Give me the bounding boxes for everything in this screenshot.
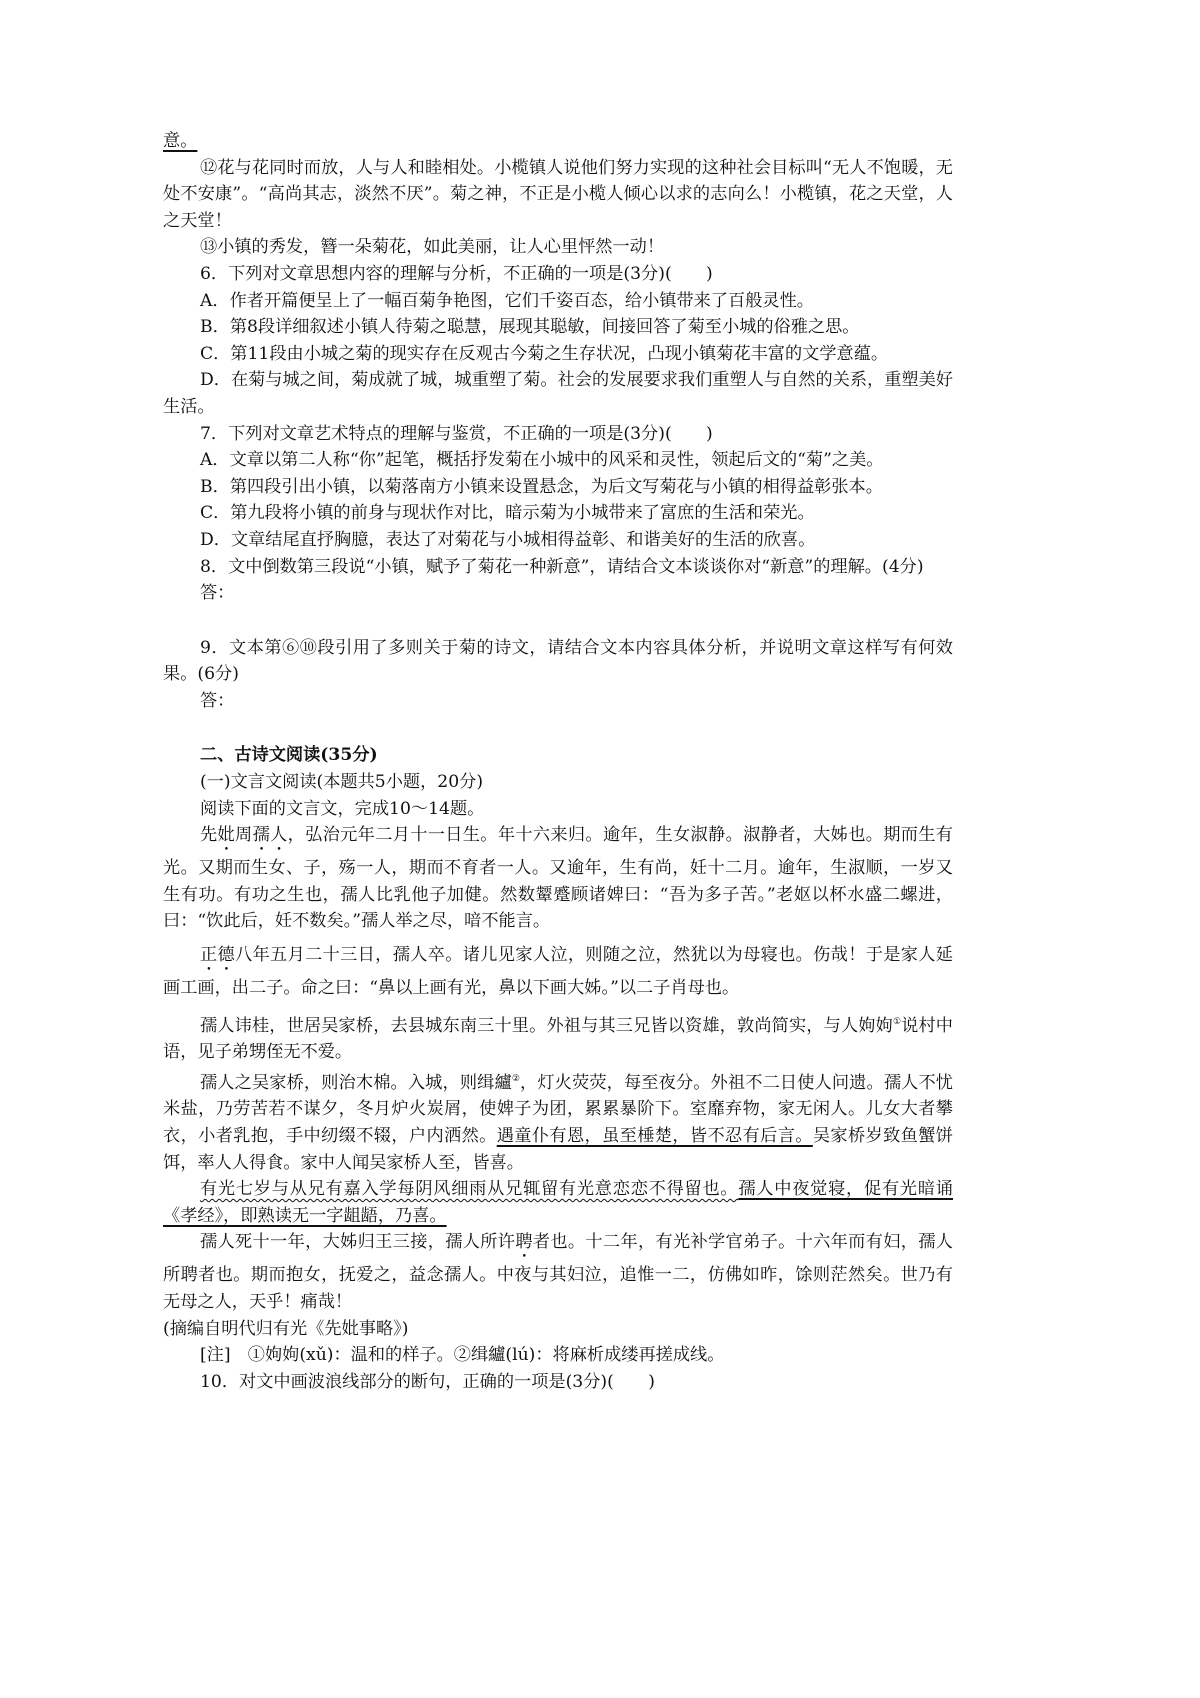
text: 孺人讳桂，世居吴家桥，去县城东南三十里。外祖与其三兄皆以资雄，敦尚简实，与人姁姁 [200, 1016, 893, 1036]
question-6-option-d: D．在菊与城之间，菊成就了城，城重塑了菊。社会的发展要求我们重塑人与自然的关系，… [163, 367, 953, 420]
exam-page: 意。 ⑫花与花同时而放，人与人和睦相处。小榄镇人说他们努力实现的这种社会目标叫“… [163, 128, 953, 1395]
question-7-option-b: B．第四段引出小镇，以菊落南方小镇来设置悬念，为后文写菊花与小镇的相得益彰张本。 [163, 474, 953, 501]
question-8-answer-label: 答： [163, 580, 953, 607]
question-6-stem: 6．下列对文章思想内容的理解与分析，不正确的一项是(3分)( ) [163, 261, 953, 288]
footnote-marker: ② [512, 1074, 520, 1084]
answer-space [163, 607, 953, 635]
question-9-answer-label: 答： [163, 688, 953, 715]
text: 孺人死十一年，大姊归王三接，孺人所许 [200, 1232, 515, 1252]
dotted-text: 正德 [200, 945, 235, 965]
underlined-sentence: 遇童仆有恩，虽至棰楚，皆不忍有后言。 [497, 1126, 813, 1146]
section-title: 二、古诗文阅读(35分) [163, 742, 953, 769]
section-subtitle: (一)文言文阅读(本题共5小题，20分) [163, 769, 953, 796]
classical-paragraph-3: 孺人讳桂，世居吴家桥，去县城东南三十里。外祖与其三兄皆以资雄，敦尚简实，与人姁姁… [163, 1009, 953, 1066]
classical-paragraph-2: 正德八年五月二十三日，孺人卒。诸儿见家人泣，则随之泣，然犹以为母寝也。伤哉！于是… [163, 942, 953, 1002]
text: 先 [200, 825, 218, 845]
passage-tail-line: 意。 [163, 128, 197, 155]
answer-space [163, 714, 953, 742]
classical-paragraph-5: 有光七岁与从兄有嘉入学每阴风细雨从兄辄留有光意恋恋不得留也。孺人中夜觉寝，促有光… [163, 1176, 953, 1229]
question-6-option-a: A．作者开篇便呈上了一幅百菊争艳图，它们千姿百态，给小镇带来了百般灵性。 [163, 288, 953, 315]
footnote-marker: ① [893, 1017, 901, 1027]
question-7-option-d: D．文章结尾直抒胸臆，表达了对菊花与小城相得益彰、和谐美好的生活的欣喜。 [163, 527, 953, 554]
annotation-note: [注] ①姁姁(xǔ)：温和的样子。②缉纑(lú)：将麻析成缕再搓成线。 [163, 1342, 953, 1369]
wavy-underlined-sentence: 有光七岁与从兄有嘉入学每阴风细雨从兄辄留有光意恋恋不得留也。 [200, 1179, 738, 1199]
dotted-text: 妣 [218, 825, 236, 845]
question-9-stem: 9．文本第⑥⑩段引用了多则关于菊的诗文，请结合文本内容具体分析，并说明文章这样写… [163, 635, 953, 688]
source-citation: (摘编自明代归有光《先妣事略》) [163, 1316, 953, 1343]
question-7-option-a: A．文章以第二人称“你”起笔，概括抒发菊在小城中的风采和灵性，领起后文的“菊”之… [163, 447, 953, 474]
classical-paragraph-4: 孺人之吴家桥，则治木棉。入城，则缉纑②，灯火荧荧，每至夜分。外祖不二日使人问遗。… [163, 1066, 953, 1176]
question-7-stem: 7．下列对文章艺术特点的理解与鉴赏，不正确的一项是(3分)( ) [163, 421, 953, 448]
dotted-text: 孺人 [253, 825, 288, 845]
text: 孺人之吴家桥，则治木棉。入城，则缉纑 [200, 1073, 512, 1093]
text: 八年五月二十三日，孺人卒。诸儿见家人泣，则随之泣，然犹以为母寝也。伤哉！于是家人… [163, 945, 953, 998]
question-7-option-c: C．第九段将小镇的前身与现状作对比，暗示菊为小城带来了富庶的生活和荣光。 [163, 500, 953, 527]
question-10-stem: 10．对文中画波浪线部分的断句，正确的一项是(3分)( ) [163, 1369, 953, 1396]
paragraph-12: ⑫花与花同时而放，人与人和睦相处。小榄镇人说他们努力实现的这种社会目标叫“无人不… [163, 155, 953, 235]
question-6-option-c: C．第11段由小城之菊的现实存在反观古今菊之生存状况，凸现小镇菊花丰富的文学意蕴… [163, 341, 953, 368]
paragraph-13: ⑬小镇的秀发，簪一朵菊花，如此美丽，让人心里怦然一动！ [163, 234, 953, 261]
dotted-text: 聘 [515, 1232, 533, 1252]
classical-paragraph-6: 孺人死十一年，大姊归王三接，孺人所许聘者也。十二年，有光补学官弟子。十六年而有妇… [163, 1229, 953, 1315]
classical-paragraph-1: 先妣周孺人，弘治元年二月十一日生。年十六来归。逾年，生女淑静。淑静者，大姊也。期… [163, 822, 953, 935]
section-instruction: 阅读下面的文言文，完成10～14题。 [163, 796, 953, 823]
question-8-stem: 8．文中倒数第三段说“小镇，赋予了菊花一种新意”，请结合文本谈谈你对“新意”的理… [163, 554, 953, 581]
question-6-option-b: B．第8段详细叙述小镇人待菊之聪慧，展现其聪敏，间接回答了菊至小城的俗雅之思。 [163, 314, 953, 341]
text: 周 [235, 825, 253, 845]
